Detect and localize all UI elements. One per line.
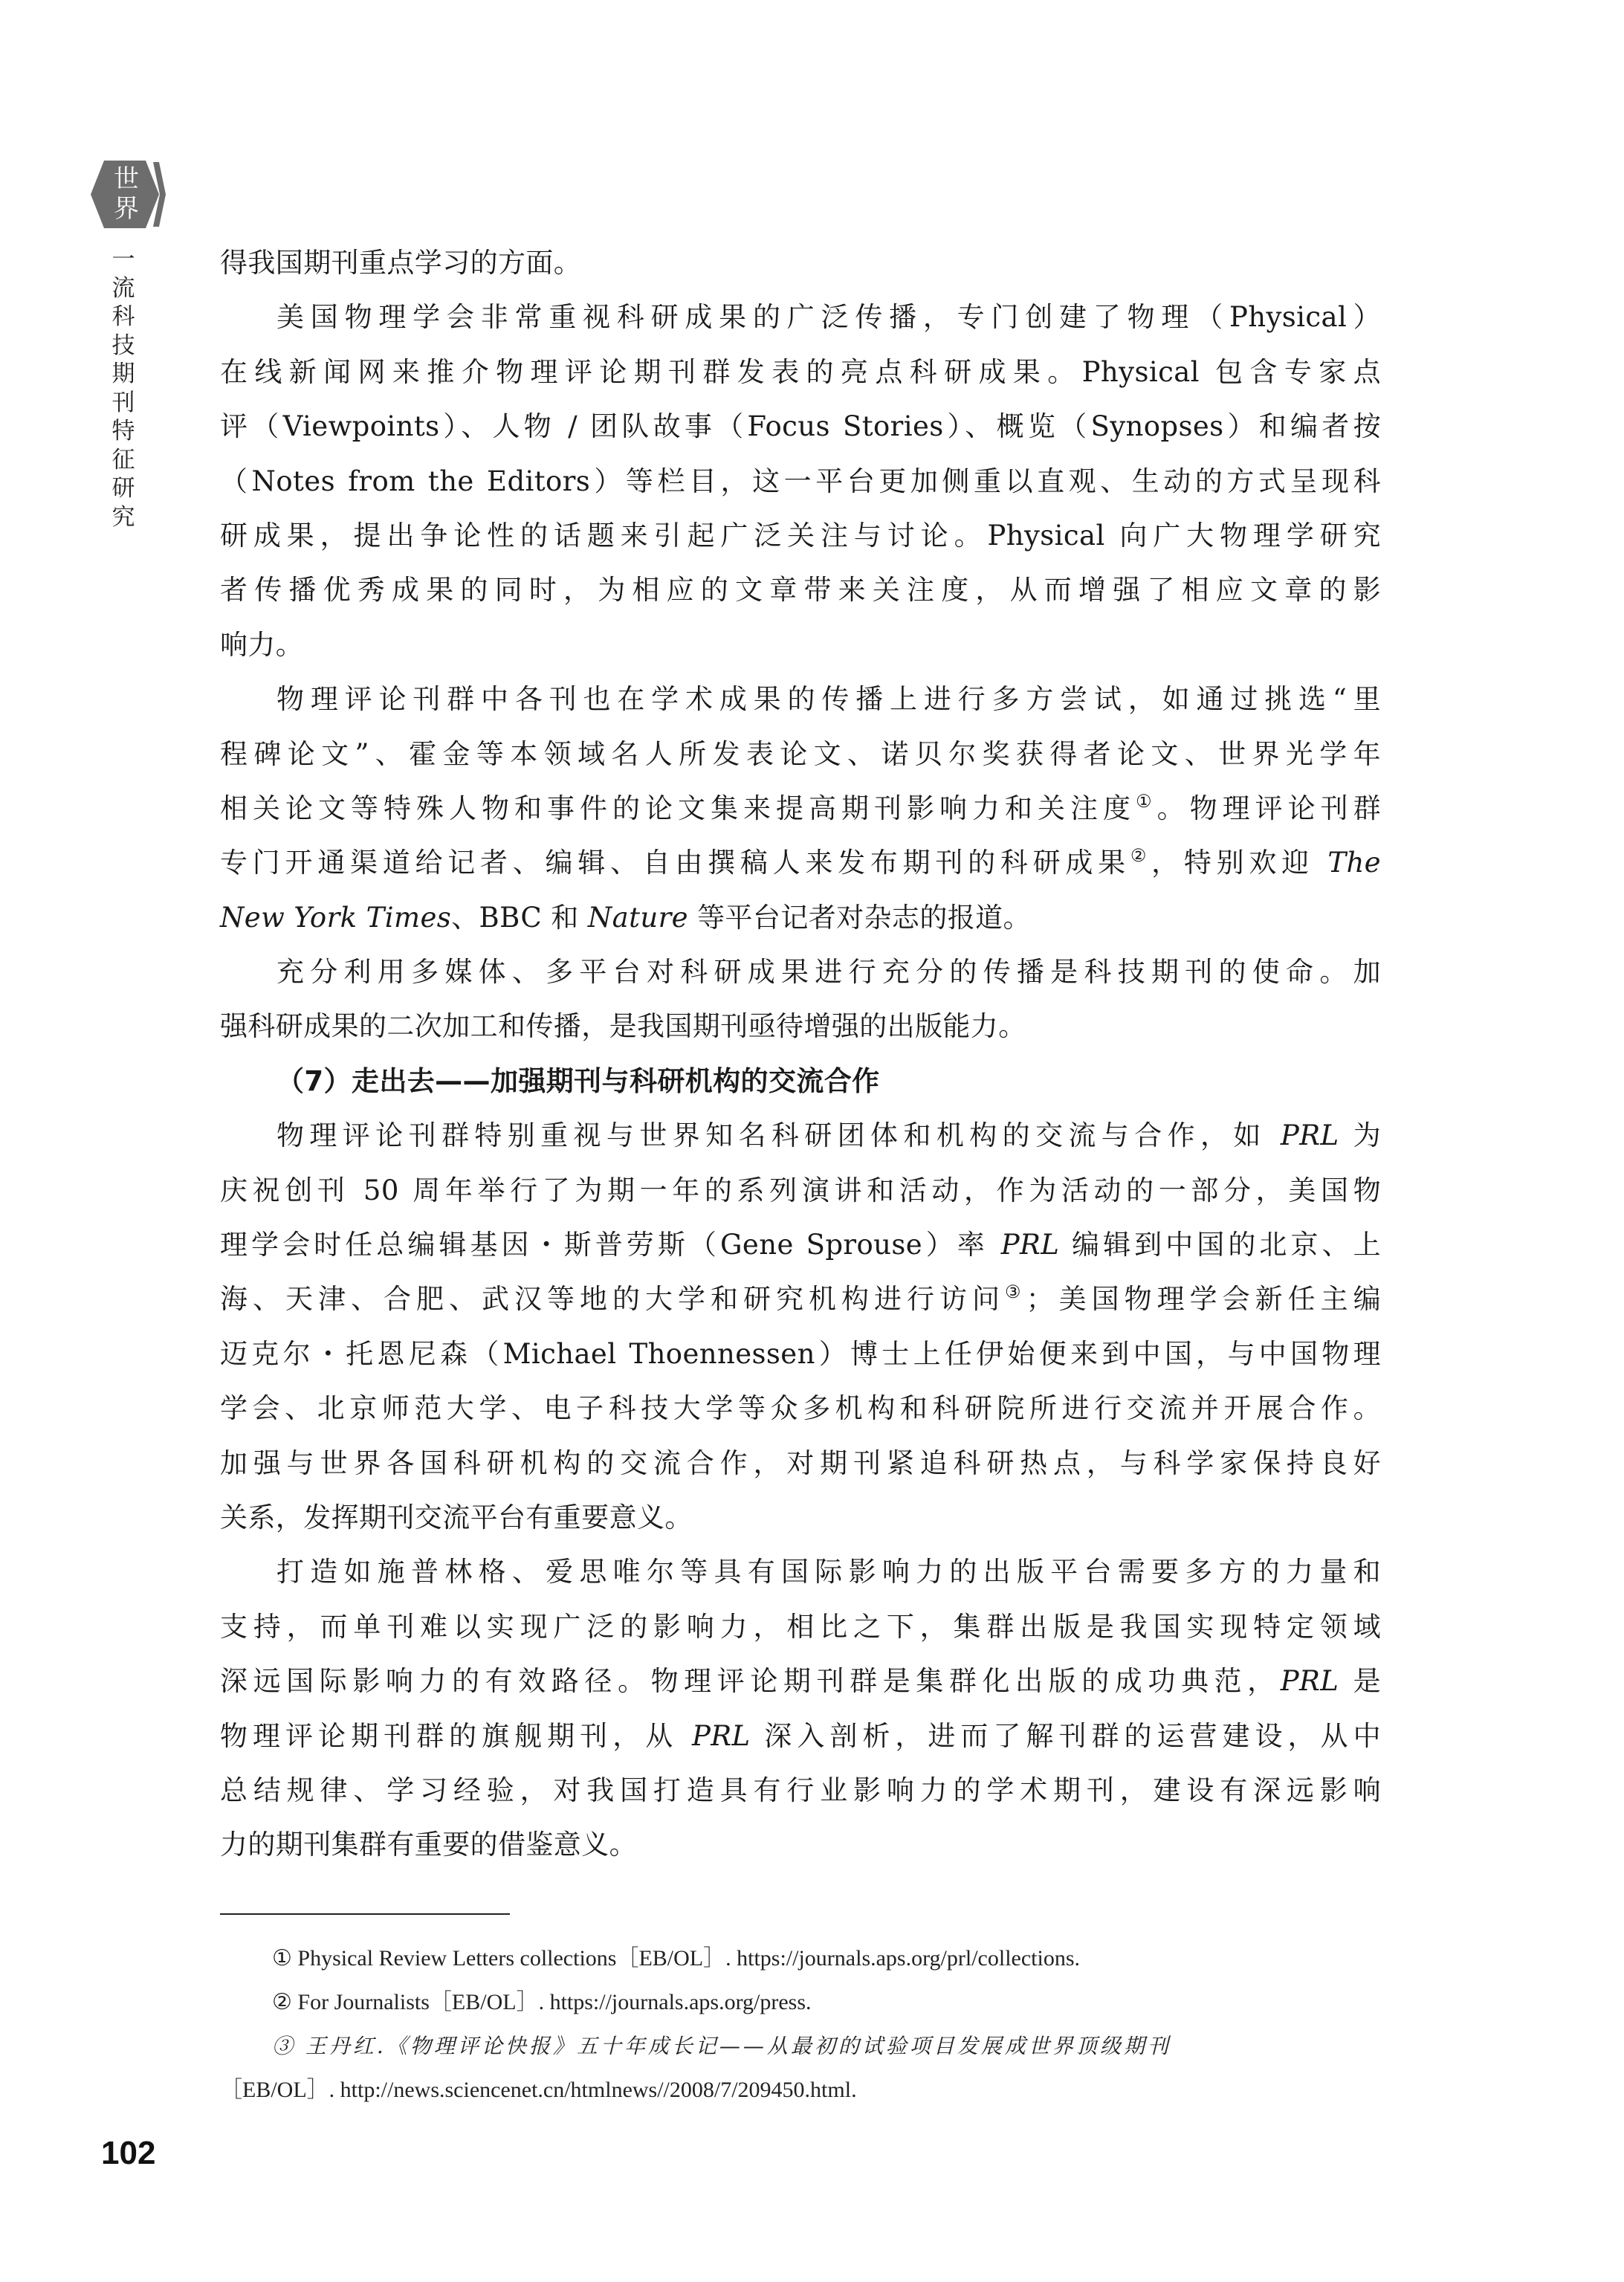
body-line: 者传播优秀成果的同时，为相应的文章带来关注度，从而增强了相应文章的影 — [220, 570, 1381, 624]
body-line: 理学会时任总编辑基因・斯普劳斯（Gene Sprouse）率 PRL 编辑到中国… — [220, 1225, 1381, 1279]
line-text: 。物理评论刊群 — [1157, 792, 1381, 824]
footnote-marker: ① — [272, 1946, 292, 1971]
line-text: 物理评论期刊群的旗舰期刊，从 — [220, 1720, 692, 1752]
line-text: 得我国期刊重点学习的方面。 — [220, 247, 581, 279]
line-text: 在线新闻网来推介物理评论期刊群发表的亮点科研成果。Physical 包含专家点 — [220, 356, 1381, 388]
body-line: 相关论文等特殊人物和事件的论文集来提高期刊影响力和关注度①。物理评论刊群 — [220, 789, 1381, 843]
footnote-separator — [220, 1913, 510, 1915]
body-line: 庆祝创刊 50 周年举行了为期一年的系列演讲和活动，作为活动的一部分，美国物 — [220, 1171, 1381, 1225]
footnote-item: ① Physical Review Letters collections［EB… — [220, 1944, 1381, 1988]
body-line: 关系，发挥期刊交流平台有重要意义。 — [220, 1498, 1381, 1552]
body-line: 专门开通渠道给记者、编辑、自由撰稿人来发布期刊的科研成果②，特别欢迎 The — [220, 843, 1381, 897]
chapter-tab-label: 世界 — [110, 164, 143, 224]
body-line: 打造如施普林格、爱思唯尔等具有国际影响力的出版平台需要多方的力量和 — [220, 1552, 1381, 1606]
body-line: 深远国际影响力的有效路径。物理评论期刊群是集群化出版的成功典范，PRL 是 — [220, 1661, 1381, 1716]
line-text: 加强与世界各国科研机构的交流合作，对期刊紧追科研热点，与科学家保持良好 — [220, 1447, 1381, 1479]
heading-text: （7）走出去——加强期刊与科研机构的交流合作 — [276, 1065, 880, 1097]
body-line: 充分利用多媒体、多平台对科研成果进行充分的传播是科技期刊的使命。加 — [220, 952, 1381, 1006]
section-heading: （7）走出去——加强期刊与科研机构的交流合作 — [220, 1061, 1381, 1116]
italic-text: Nature — [588, 902, 688, 934]
body-line: 力的期刊集群有重要的借鉴意义。 — [220, 1825, 1381, 1879]
body-line: 程碑论文”、霍金等本领域名人所发表论文、诺贝尔奖获得者论文、世界光学年 — [220, 734, 1381, 789]
line-text: 深入剖析，进而了解刊群的运营建设，从中 — [751, 1720, 1381, 1752]
body-line: 得我国期刊重点学习的方面。 — [220, 243, 1381, 297]
line-text: 海、天津、合肥、武汉等地的大学和研究机构进行访问 — [220, 1283, 1005, 1315]
line-text: 美国物理学会非常重视科研成果的广泛传播，专门创建了物理（Physical） — [276, 301, 1381, 333]
footnote-item: ② For Journalists［EB/OL］. https://journa… — [220, 1988, 1381, 2032]
line-text: （Notes from the Editors）等栏目，这一平台更加侧重以直观、… — [220, 465, 1381, 497]
line-text: 迈克尔・托恩尼森（Michael Thoennessen）博士上任伊始便来到中国… — [220, 1338, 1381, 1370]
body-line: 研成果，提出争论性的话题来引起广泛关注与讨论。Physical 向广大物理学研究 — [220, 516, 1381, 570]
line-text: ；美国物理学会新任主编 — [1026, 1283, 1381, 1315]
line-text: 是 — [1339, 1665, 1381, 1697]
body-line: 物理评论刊群中各刊也在学术成果的传播上进行多方尝试，如通过挑选“里 — [220, 679, 1381, 734]
body-line: 评（Viewpoints）、人物 / 团队故事（Focus Stories）、概… — [220, 407, 1381, 461]
chapter-tab: 世界 — [88, 160, 166, 229]
line-text: 深远国际影响力的有效路径。物理评论期刊群是集群化出版的成功典范， — [220, 1665, 1281, 1697]
line-text: 研成果，提出争论性的话题来引起广泛关注与讨论。Physical 向广大物理学研究 — [220, 520, 1381, 552]
italic-text: PRL — [1281, 1665, 1339, 1697]
line-text: 关系，发挥期刊交流平台有重要意义。 — [220, 1502, 693, 1533]
footnote-ref[interactable]: ② — [1130, 845, 1151, 866]
line-text: ，特别欢迎 — [1151, 847, 1327, 879]
body-line: （Notes from the Editors）等栏目，这一平台更加侧重以直观、… — [220, 462, 1381, 516]
italic-text: PRL — [692, 1720, 751, 1752]
body-line: 加强与世界各国科研机构的交流合作，对期刊紧追科研热点，与科学家保持良好 — [220, 1444, 1381, 1498]
body-text: 得我国期刊重点学习的方面。美国物理学会非常重视科研成果的广泛传播，专门创建了物理… — [220, 243, 1381, 1880]
line-text: 打造如施普林格、爱思唯尔等具有国际影响力的出版平台需要多方的力量和 — [276, 1556, 1381, 1588]
italic-text: PRL — [1001, 1229, 1060, 1261]
footnote-item: ③ 王丹红.《物理评论快报》五十年成长记——从最初的试验项目发展成世界顶级期刊 — [220, 2032, 1381, 2075]
body-line: 海、天津、合肥、武汉等地的大学和研究机构进行访问③；美国物理学会新任主编 — [220, 1279, 1381, 1334]
footnote-text: Physical Review Letters collections［EB/O… — [297, 1946, 1080, 1971]
line-text: 学会、北京师范大学、电子科技大学等众多机构和科研院所进行交流并开展合作。 — [220, 1392, 1381, 1424]
line-text: 、BBC 和 — [451, 902, 588, 934]
line-text: 程碑论文”、霍金等本领域名人所发表论文、诺贝尔奖获得者论文、世界光学年 — [220, 738, 1381, 770]
line-text: 力的期刊集群有重要的借鉴意义。 — [220, 1829, 637, 1861]
italic-text: PRL — [1281, 1119, 1339, 1151]
footnotes: ① Physical Review Letters collections［EB… — [220, 1944, 1381, 2119]
body-line: 物理评论刊群特别重视与世界知名科研团体和机构的交流与合作，如 PRL 为 — [220, 1116, 1381, 1170]
line-text: 庆祝创刊 50 周年举行了为期一年的系列演讲和活动，作为活动的一部分，美国物 — [220, 1174, 1381, 1206]
line-text: 者传播优秀成果的同时，为相应的文章带来关注度，从而增强了相应文章的影 — [220, 574, 1381, 606]
page-number: 102 — [101, 2135, 155, 2172]
footnote-marker: ② — [272, 1990, 292, 2014]
line-text: 理学会时任总编辑基因・斯普劳斯（Gene Sprouse）率 — [220, 1229, 1001, 1261]
line-text: 充分利用多媒体、多平台对科研成果进行充分的传播是科技期刊的使命。加 — [276, 956, 1381, 988]
footnote-item: ［EB/OL］. http://news.sciencenet.cn/htmln… — [220, 2075, 1381, 2119]
footnote-text: For Journalists［EB/OL］. https://journals… — [297, 1990, 811, 2014]
body-line: 总结规律、学习经验，对我国打造具有行业影响力的学术期刊，建设有深远影响 — [220, 1771, 1381, 1825]
body-line: 支持，而单刊难以实现广泛的影响力，相比之下，集群出版是我国实现特定领域 — [220, 1607, 1381, 1661]
body-line: 美国物理学会非常重视科研成果的广泛传播，专门创建了物理（Physical） — [220, 297, 1381, 352]
footnote-ref[interactable]: ③ — [1005, 1281, 1026, 1302]
body-line: New York Times、BBC 和 Nature 等平台记者对杂志的报道。 — [220, 898, 1381, 952]
italic-text: New York Times — [220, 902, 451, 934]
footnote-ref[interactable]: ① — [1136, 791, 1157, 812]
line-text: 总结规律、学习经验，对我国打造具有行业影响力的学术期刊，建设有深远影响 — [220, 1774, 1381, 1806]
body-line: 响力。 — [220, 625, 1381, 679]
line-text: 相关论文等特殊人物和事件的论文集来提高期刊影响力和关注度 — [220, 792, 1136, 824]
body-line: 迈克尔・托恩尼森（Michael Thoennessen）博士上任伊始便来到中国… — [220, 1334, 1381, 1389]
line-text: 等平台记者对杂志的报道。 — [688, 902, 1031, 934]
line-text: 编辑到中国的北京、上 — [1059, 1229, 1381, 1261]
line-text: 支持，而单刊难以实现广泛的影响力，相比之下，集群出版是我国实现特定领域 — [220, 1611, 1381, 1643]
footnote-text: 王丹红.《物理评论快报》五十年成长记——从最初的试验项目发展成世界顶级期刊 — [305, 2034, 1171, 2058]
body-line: 强科研成果的二次加工和传播，是我国期刊亟待增强的出版能力。 — [220, 1006, 1381, 1061]
running-title: 一流科技期刊特征研究 — [109, 245, 138, 531]
line-text: 物理评论刊群特别重视与世界知名科研团体和机构的交流与合作，如 — [276, 1119, 1281, 1151]
footnote-text: ［EB/OL］. http://news.sciencenet.cn/htmln… — [220, 2078, 857, 2102]
italic-text: The — [1327, 847, 1381, 879]
line-text: 强科研成果的二次加工和传播，是我国期刊亟待增强的出版能力。 — [220, 1010, 1026, 1042]
body-line: 学会、北京师范大学、电子科技大学等众多机构和科研院所进行交流并开展合作。 — [220, 1389, 1381, 1443]
footnote-marker: ③ — [272, 2034, 296, 2058]
line-text: 评（Viewpoints）、人物 / 团队故事（Focus Stories）、概… — [220, 410, 1381, 442]
body-line: 在线新闻网来推介物理评论期刊群发表的亮点科研成果。Physical 包含专家点 — [220, 352, 1381, 407]
line-text: 为 — [1339, 1119, 1381, 1151]
line-text: 专门开通渠道给记者、编辑、自由撰稿人来发布期刊的科研成果 — [220, 847, 1130, 879]
body-line: 物理评论期刊群的旗舰期刊，从 PRL 深入剖析，进而了解刊群的运营建设，从中 — [220, 1716, 1381, 1771]
line-text: 响力。 — [220, 629, 303, 661]
line-text: 物理评论刊群中各刊也在学术成果的传播上进行多方尝试，如通过挑选“里 — [276, 683, 1381, 715]
